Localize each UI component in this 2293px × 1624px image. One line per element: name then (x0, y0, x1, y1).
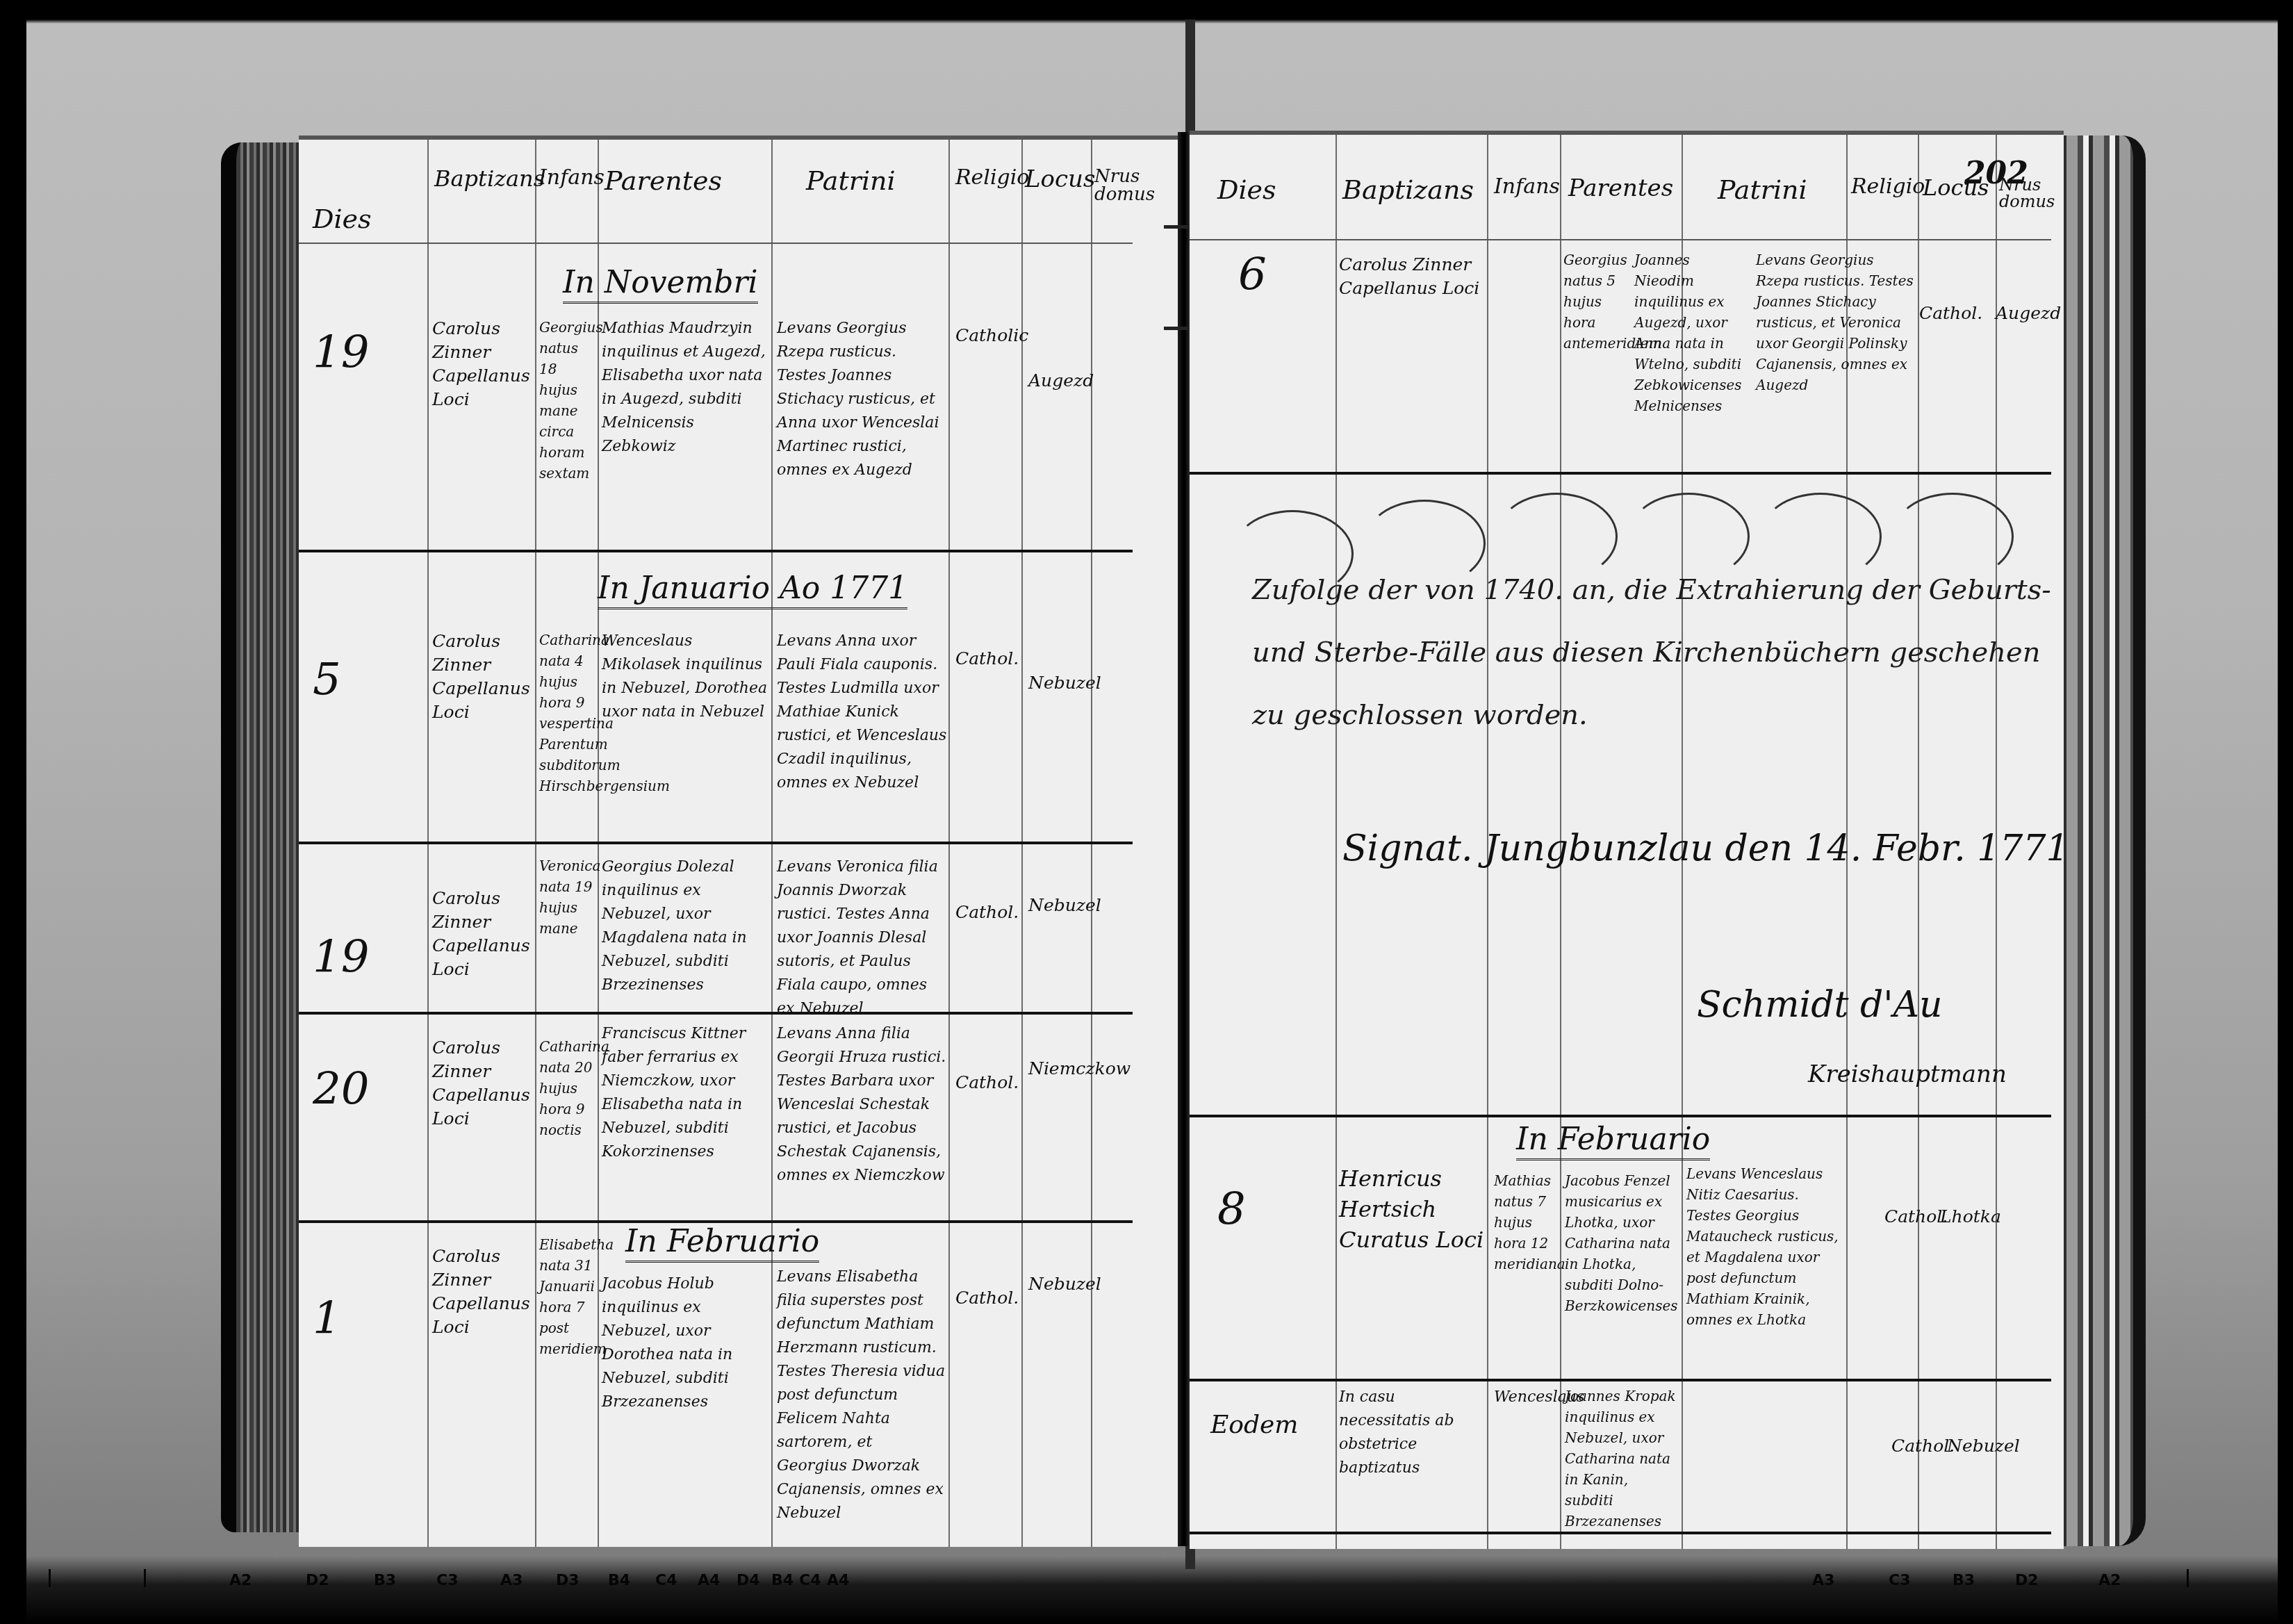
column-header-infans: Infans (1494, 177, 1560, 197)
column-header-religio: Religio (955, 167, 1029, 188)
entry-locus: Lhotka (1940, 1205, 2016, 1229)
film-label: B4 (771, 1572, 794, 1589)
entry-separator (299, 1220, 1133, 1223)
entry-locus: Nebuzel (1028, 671, 1087, 695)
entry-day: 6 (1238, 249, 1267, 301)
entry-day: 1 (313, 1293, 341, 1345)
entry-baptizans: Carolus Zinner Capellanus Loci (432, 1245, 529, 1339)
entry-baptizans: Carolus Zinner Capellanus Loci (432, 887, 529, 981)
film-label: A2 (2098, 1572, 2121, 1589)
entry-patrini: Levans Elisabetha filia superstes post d… (777, 1265, 947, 1525)
entry-locus: Augezd (1996, 302, 2058, 325)
entry-parentes: Wenceslaus Mikolasek inquilinus in Nebuz… (602, 630, 769, 724)
column-header-patrini: Patrini (806, 167, 896, 194)
entry-day: 5 (313, 654, 341, 705)
entry-religio: Catholic (955, 324, 1018, 347)
column-header-religio: Religio (1851, 177, 1925, 197)
entry-separator (1190, 472, 2051, 475)
film-label: D3 (556, 1572, 580, 1589)
film-label: C3 (436, 1572, 458, 1589)
note-line: und Sterbe-Fälle aus diesen Kirchenbüche… (1252, 621, 2086, 684)
film-label: A3 (500, 1572, 523, 1589)
entry-separator (1190, 1379, 2051, 1381)
column-header-nrus-domus: Nrus domus (1094, 167, 1171, 204)
entry-infans: Catharina nata 4 hujus hora 9 vespertina… (539, 630, 596, 796)
entry-baptizans: Henricus Hertsich Curatus Loci (1339, 1163, 1485, 1255)
column-header-dies: Dies (1217, 177, 1276, 203)
entry-baptizans: Carolus Zinner Capellanus Loci (432, 1036, 529, 1131)
entry-separator (299, 550, 1133, 552)
entry-infans: Catharina nata 20 hujus hora 9 noctis (539, 1036, 596, 1140)
entry-parentes: Mathias Maudrzyin inquilinus et Augezd, … (602, 317, 769, 459)
entry-patrini: Levans Anna filia Georgii Hruza rustici.… (777, 1022, 947, 1188)
entry-locus: Nebuzel (1947, 1434, 2016, 1458)
column-header-parentes: Parentes (1568, 177, 1673, 200)
attestation-line: Signat. Jungbunzlau den 14. Febr. 1771 (1342, 837, 2072, 860)
entry-separator (299, 842, 1133, 844)
entry-day: 8 (1217, 1184, 1246, 1236)
entry-parentes: Franciscus Kittner faber ferrarius ex Ni… (602, 1022, 769, 1164)
header-rule (299, 243, 1133, 244)
film-label: B3 (374, 1572, 396, 1589)
entry-patrini: Levans Georgius Rzepa rusticus. Testes J… (1756, 249, 1916, 395)
film-label: A4 (698, 1572, 720, 1589)
column-header-dies: Dies (313, 206, 372, 232)
column-header-parentes: Parentes (605, 167, 722, 194)
film-label: D2 (306, 1572, 329, 1589)
entry-infans: Georgius natus 18 hujus mane circa horam… (539, 317, 596, 484)
entry-separator (1190, 1115, 2051, 1117)
entry-locus: Nebuzel (1028, 1272, 1087, 1296)
entry-baptizans: In casu necessitatis ab obstetrice bapti… (1339, 1386, 1485, 1480)
entry-parentes: Jacobus Holub inquilinus ex Nebuzel, uxo… (602, 1272, 769, 1414)
entry-religio: Cathol. (955, 647, 1018, 671)
film-label: A3 (1812, 1572, 1834, 1589)
entry-infans: Georgius natus 5 hujus hora antemeridiem (1563, 249, 1629, 354)
column-header-baptizans: Baptizans (434, 167, 545, 190)
entry-religio: Cathol. (1891, 1434, 1954, 1458)
entry-infans: Wenceslaus (1494, 1386, 1558, 1409)
entry-religio: Cathol. (955, 901, 1018, 924)
right-page: 202 Dies Baptizans Infans Parentes Patri… (1190, 131, 2064, 1549)
note-line: zu geschlossen worden. (1252, 684, 2086, 746)
column-header-locus: Locus (1025, 167, 1095, 191)
entry-day: 19 (313, 932, 369, 983)
official-signature: Schmidt d'Au (1697, 993, 2044, 1017)
official-title: Kreishauptmann (1808, 1063, 2016, 1086)
entry-religio: Cathol. (955, 1286, 1018, 1310)
entry-parentes: Joannes Kropak inquilinus ex Nebuzel, ux… (1565, 1386, 1679, 1532)
film-label-strip: A2 D2 B3 C3 A3 D3 B4 C4 A4 D4 B4 C4 A4 A… (26, 1572, 2278, 1593)
month-heading-january: In Januario Ao 1771 (598, 571, 907, 609)
entry-religio: Cathol. (1919, 302, 1989, 325)
film-edge-left (0, 0, 26, 1624)
entry-patrini: Levans Anna uxor Pauli Fiala cauponis. T… (777, 630, 947, 795)
film-label: C3 (1889, 1572, 1910, 1589)
entry-patrini: Levans Georgius Rzepa rusticus. Testes J… (777, 317, 947, 482)
entry-day: 20 (313, 1064, 369, 1115)
book-gutter (1178, 132, 1190, 1546)
film-edge-right (2278, 0, 2293, 1624)
german-note: Zufolge der von 1740. an, die Extrahieru… (1252, 559, 2086, 746)
entry-religio: Cathol. (1884, 1205, 1947, 1229)
film-label: D2 (2015, 1572, 2039, 1589)
entry-infans: Mathias natus 7 hujus hora 12 meridiana (1494, 1170, 1558, 1274)
entry-baptizans: Carolus Zinner Capellanus Loci (1339, 253, 1485, 300)
column-header-baptizans: Baptizans (1342, 177, 1474, 203)
entry-day: 19 (313, 327, 369, 379)
entry-infans: Veronica nata 19 hujus mane (539, 855, 596, 939)
entry-separator (1190, 1532, 2051, 1534)
film-label: B4 (608, 1572, 630, 1589)
entry-baptizans: Carolus Zinner Capellanus Loci (432, 317, 529, 411)
film-label: A4 (827, 1572, 849, 1589)
month-heading-february: In Februario (625, 1224, 819, 1263)
entry-parentes: Jacobus Fenzel musicarius ex Lhotka, uxo… (1565, 1170, 1679, 1316)
film-label: D4 (737, 1572, 760, 1589)
note-line: Zufolge der von 1740. an, die Extrahieru… (1252, 559, 2086, 621)
entry-locus: Augezd (1028, 369, 1087, 393)
entry-parentes: Georgius Dolezal inquilinus ex Nebuzel, … (602, 855, 769, 997)
entry-separator (299, 1012, 1133, 1015)
header-rule (1190, 239, 2051, 240)
film-label: C4 (799, 1572, 821, 1589)
entry-locus: Niemczkow (1028, 1057, 1087, 1081)
film-label: C4 (655, 1572, 677, 1589)
left-page: Dies Baptizans Infans Parentes Patrini R… (299, 136, 1178, 1547)
entry-parentes: Joannes Nieodim inquilinus ex Augezd, ux… (1634, 249, 1752, 416)
entry-patrini: Levans Wenceslaus Nitiz Caesarius. Teste… (1686, 1163, 1845, 1330)
column-header-nrus-domus: Nrus domus (1999, 177, 2062, 210)
column-divider (1335, 135, 1337, 1549)
film-label: B3 (1953, 1572, 1975, 1589)
column-header-infans: Infans (539, 167, 605, 188)
entry-religio: Cathol. (955, 1071, 1018, 1094)
entry-locus: Nebuzel (1028, 894, 1087, 917)
column-header-patrini: Patrini (1718, 177, 1807, 203)
month-heading-february: In Februario (1516, 1122, 1710, 1160)
month-heading-november: In Novembri (563, 265, 758, 304)
column-header-locus: Locus (1923, 177, 1989, 199)
entry-day: Eodem (1210, 1413, 1298, 1437)
entry-patrini: Levans Veronica filia Joannis Dworzak ru… (777, 855, 947, 1021)
entry-baptizans: Carolus Zinner Capellanus Loci (432, 630, 529, 724)
film-label: A2 (229, 1572, 252, 1589)
entry-infans: Elisabetha nata 31 Januarii hora 7 post … (539, 1234, 596, 1359)
